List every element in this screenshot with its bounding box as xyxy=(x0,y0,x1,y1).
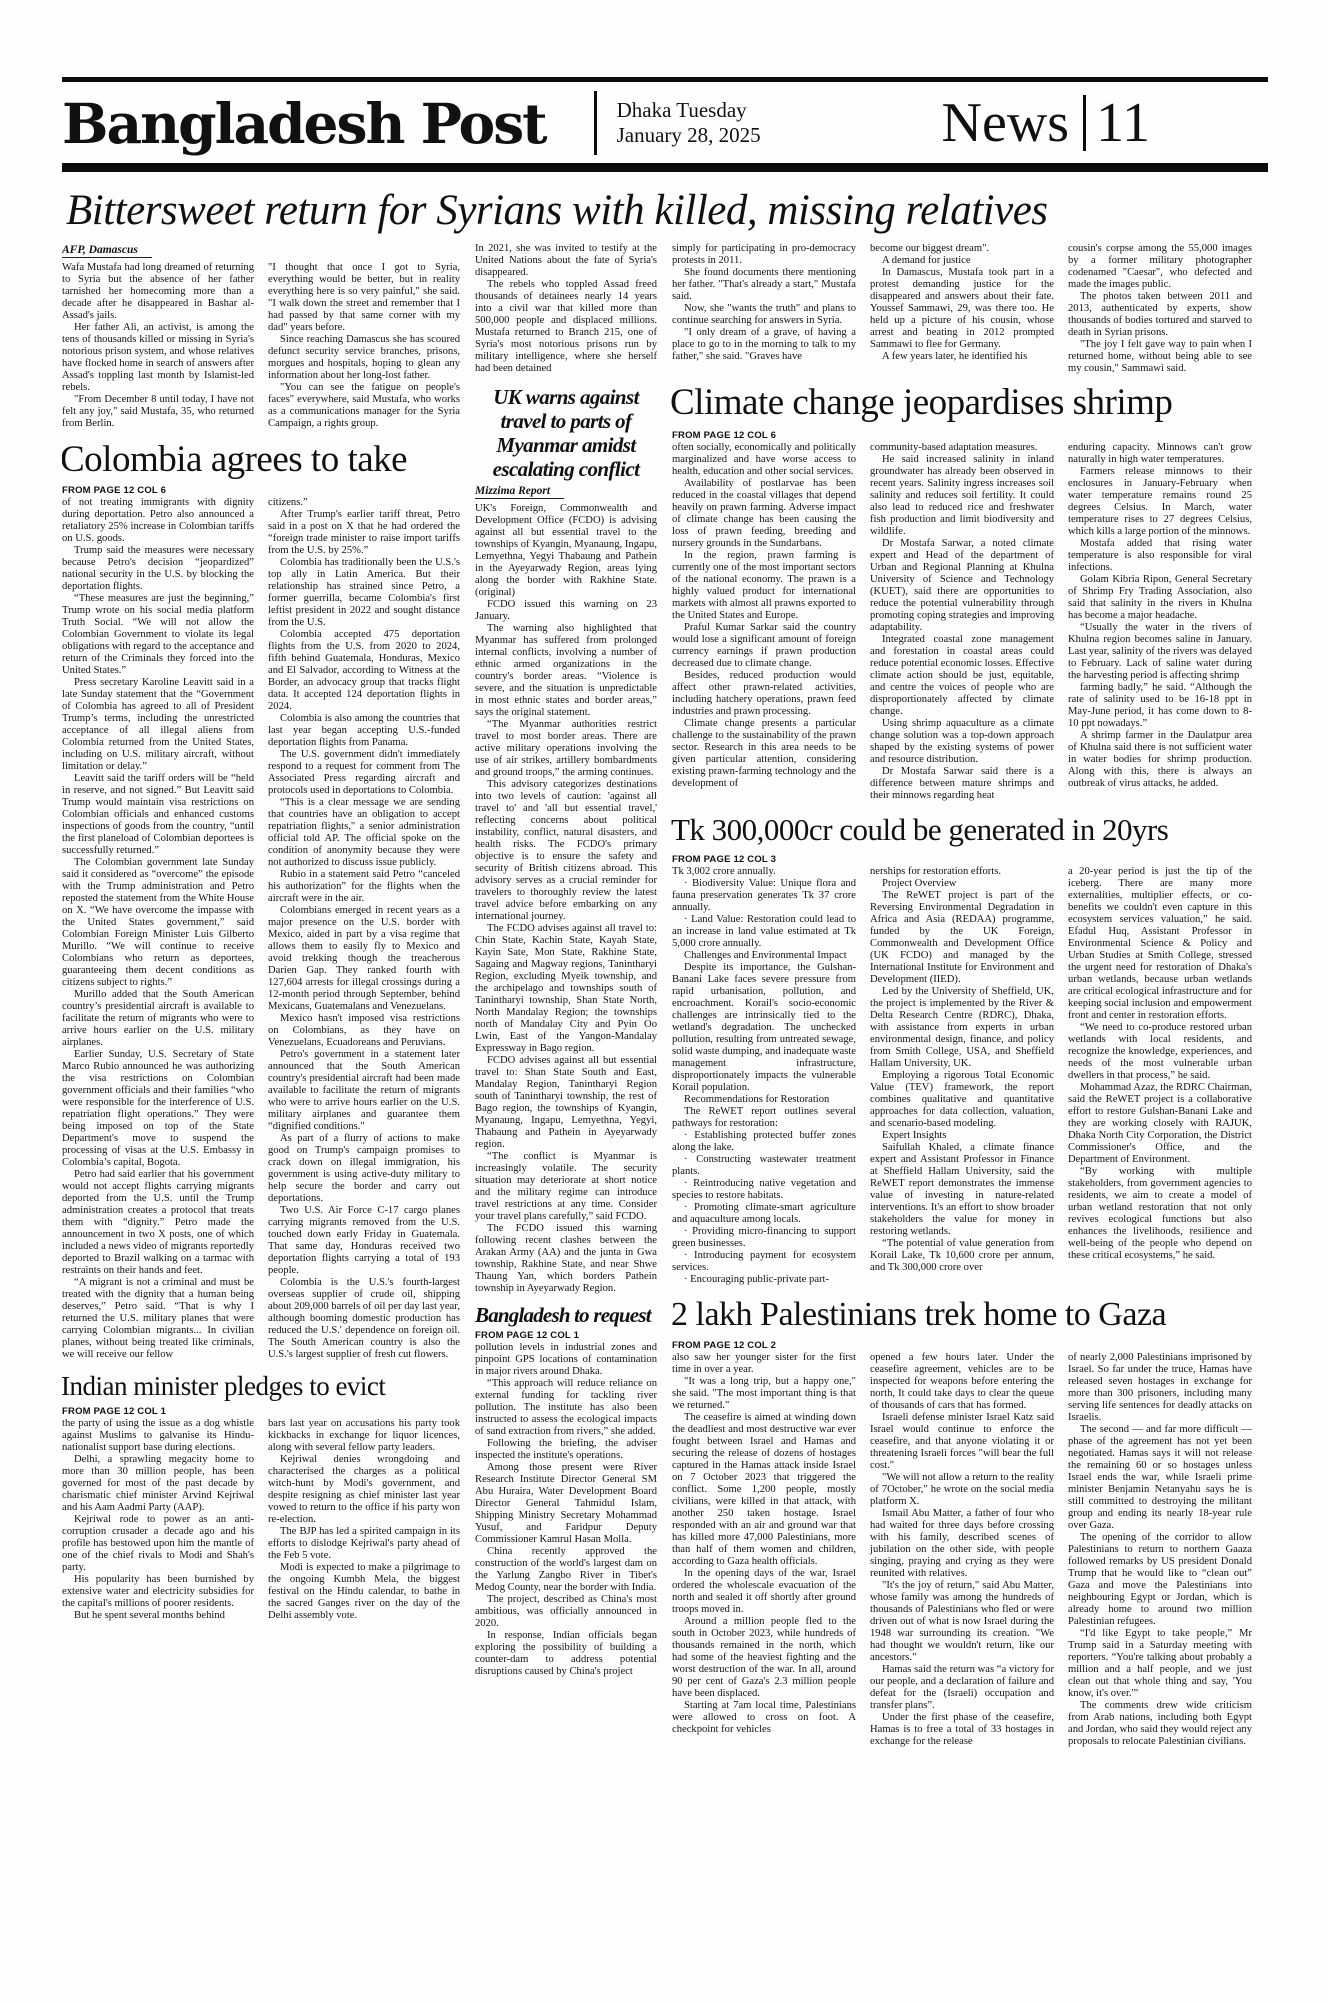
date-block: Dhaka Tuesday January 28, 2025 xyxy=(617,98,761,148)
date-line2: January 28, 2025 xyxy=(617,123,761,148)
paragraph: Colombia has traditionally been the U.S.… xyxy=(268,557,460,629)
article-column: pollution levels in industrial zones and… xyxy=(475,1342,657,1678)
paragraph: "From December 8 until today, I have not… xyxy=(62,394,254,430)
paragraph: also saw her younger sister for the firs… xyxy=(672,1352,856,1376)
colombia-jump-line: FROM PAGE 12 COL 6 xyxy=(62,485,460,496)
paragraph: "The joy I felt gave way to pain when I … xyxy=(1068,339,1252,375)
paragraph: In the opening days of the war, Israel o… xyxy=(672,1568,856,1616)
page-number: 11 xyxy=(1096,91,1150,155)
paragraph: In the region, prawn farming is currentl… xyxy=(672,550,856,622)
paragraph: pollution levels in industrial zones and… xyxy=(475,1342,657,1378)
article-column: of nearly 2,000 Palestinians imprisoned … xyxy=(1068,1352,1252,1748)
paragraph: His popularity has been burnished by ext… xyxy=(62,1574,254,1610)
syria-article-cols12: Wafa Mustafa had long dreamed of returni… xyxy=(62,262,460,430)
article-column: the party of using the issue as a dog wh… xyxy=(62,1418,254,1622)
newspaper-page: Bangladesh Post Dhaka Tuesday January 28… xyxy=(0,0,1328,2003)
paragraph: The opening of the corridor to allow Pal… xyxy=(1068,1532,1252,1628)
paragraph: The second — and far more difficult — ph… xyxy=(1068,1424,1252,1532)
paragraph: The ceasefire is aimed at winding down t… xyxy=(672,1412,856,1568)
article-column: also saw her younger sister for the firs… xyxy=(672,1352,856,1748)
paragraph: · Constructing wastewater treatment plan… xyxy=(672,1154,856,1178)
column-group-left: AFP, Damascus Wafa Mustafa had long drea… xyxy=(62,243,460,2003)
paragraph: Leavitt said the tariff orders will be “… xyxy=(62,773,254,857)
paragraph: Farmers release minnows to their enclosu… xyxy=(1068,466,1252,538)
paragraph: “We need to co-produce restored urban we… xyxy=(1068,1022,1252,1082)
article-column: "I thought that once I got to Syria, eve… xyxy=(268,262,460,430)
paragraph: the party of using the issue as a dog wh… xyxy=(62,1418,254,1454)
top-rule xyxy=(62,77,1268,82)
paragraph: Wafa Mustafa had long dreamed of returni… xyxy=(62,262,254,322)
paragraph: “The Myanmar authorities restrict travel… xyxy=(475,719,657,779)
paragraph: Press secretary Karoline Leavitt said in… xyxy=(62,677,254,773)
article-column: citizens.”After Trump's earlier tariff t… xyxy=(268,497,460,1361)
paragraph: Kejriwal denies wrongdoing and character… xyxy=(268,1454,460,1526)
paragraph: Mexico hasn't imposed visa restrictions … xyxy=(268,1013,460,1049)
paragraph: Around a million people fled to the sout… xyxy=(672,1616,856,1700)
paragraph: "We will not allow a return to the reali… xyxy=(870,1472,1054,1508)
paragraph: "It was a long trip, but a happy one," s… xyxy=(672,1376,856,1412)
bangladesh-article-col: pollution levels in industrial zones and… xyxy=(475,1342,657,1678)
paragraph: Project Overview xyxy=(870,878,1054,890)
paragraph: Dr Mostafa Sarwar, a noted climate exper… xyxy=(870,538,1054,634)
article-column: Wafa Mustafa had long dreamed of returni… xyxy=(62,262,254,430)
paragraph: The BJP has led a spirited campaign in i… xyxy=(268,1526,460,1562)
paragraph: Climate change presents a particular cha… xyxy=(672,718,856,790)
header-rule xyxy=(62,163,1268,172)
paragraph: The U.S. government didn't immediately r… xyxy=(268,749,460,797)
paragraph: "It's the joy of return," said Abu Matte… xyxy=(870,1580,1054,1664)
paragraph: "I only dream of a grave, of having a pl… xyxy=(672,327,856,363)
paragraph: Besides, reduced production would affect… xyxy=(672,670,856,718)
paragraph: Among those present were River Research … xyxy=(475,1462,657,1546)
section-page-block: News 11 xyxy=(942,91,1150,155)
paragraph: Integrated coastal zone management and f… xyxy=(870,634,1054,718)
article-column: bars last year on accusations his party … xyxy=(268,1418,460,1622)
column-group-right: simply for participating in pro-democrac… xyxy=(672,243,1252,2003)
paragraph: Since reaching Damascus she has scoured … xyxy=(268,334,460,382)
paragraph: Kejriwal rode to power as an anti-corrup… xyxy=(62,1514,254,1574)
paragraph: opened a few hours later. Under the ceas… xyxy=(870,1352,1054,1412)
article-column: UK's Foreign, Commonwealth and Developme… xyxy=(475,503,657,1295)
paragraph: FCDO issued this warning on 23 January. xyxy=(475,599,657,623)
paragraph: Dr Mostafa Sarwar said there is a differ… xyxy=(870,766,1054,802)
paragraph: Israeli defense minister Israel Katz sai… xyxy=(870,1412,1054,1472)
paragraph: Tk 3,002 crore annually. xyxy=(672,866,856,878)
paragraph: Saifullah Khaled, a climate finance expe… xyxy=(870,1142,1054,1238)
paragraph: enduring capacity. Minnows can't grow na… xyxy=(1068,442,1252,466)
paragraph: Following the briefing, the adviser insp… xyxy=(475,1438,657,1462)
colombia-article-cols: of not treating immigrants with dignity … xyxy=(62,497,460,1361)
main-headline: Bittersweet return for Syrians with kill… xyxy=(66,186,1266,235)
paragraph: Ismail Abu Matter, a father of four who … xyxy=(870,1508,1054,1580)
indian-article-cols: the party of using the issue as a dog wh… xyxy=(62,1418,460,1622)
paragraph: But he spent several months behind xyxy=(62,1610,254,1622)
date-line1: Dhaka Tuesday xyxy=(617,98,761,123)
paragraph: FCDO advises against all but essential t… xyxy=(475,1055,657,1151)
paragraph: · Promoting climate-smart agriculture an… xyxy=(672,1202,856,1226)
paragraph: Despite its importance, the Gulshan-Bana… xyxy=(672,962,856,1094)
tk-jump-line: FROM PAGE 12 COL 3 xyxy=(672,854,1252,865)
myanmar-byline: Mizzima Report xyxy=(475,485,657,499)
tk-article-cols: Tk 3,002 crore annually.· Biodiversity V… xyxy=(672,866,1252,1286)
paragraph: China recently approved the construction… xyxy=(475,1546,657,1594)
article-column: a 20-year period is just the tip of the … xyxy=(1068,866,1252,1286)
paragraph: “Usually the water in the rivers of Khul… xyxy=(1068,622,1252,682)
myanmar-article-col: UK's Foreign, Commonwealth and Developme… xyxy=(475,503,657,1295)
paragraph: Now, she "wants the truth" and plans to … xyxy=(672,303,856,327)
paragraph: · Reintroducing native vegetation and sp… xyxy=(672,1178,856,1202)
climate-article-cols: often socially, economically and politic… xyxy=(672,442,1252,802)
paragraph: Colombia accepted 475 deportation flight… xyxy=(268,629,460,713)
paragraph: "I thought that once I got to Syria, eve… xyxy=(268,262,460,334)
paragraph: · Establishing protected buffer zones al… xyxy=(672,1130,856,1154)
paragraph: The FCDO advises against all travel to: … xyxy=(475,923,657,1055)
paragraph: Expert Insights xyxy=(870,1130,1054,1142)
paragraph: “This approach will reduce reliance on e… xyxy=(475,1378,657,1438)
paragraph: In 2021, she was invited to testify at t… xyxy=(475,243,657,279)
paragraph: The rebels who toppled Assad freed thous… xyxy=(475,279,657,375)
paragraph: Delhi, a sprawling megacity home to more… xyxy=(62,1454,254,1514)
paragraph: He said increased salinity in inland gro… xyxy=(870,454,1054,538)
paragraph: often socially, economically and politic… xyxy=(672,442,856,478)
paragraph: Hamas said the return was “a victory for… xyxy=(870,1664,1054,1712)
paragraph: · Providing micro-financing to support g… xyxy=(672,1226,856,1250)
paragraph: Earlier Sunday, U.S. Secretary of State … xyxy=(62,1049,254,1169)
paragraph: “I'd like Egypt to take people,” Mr Trum… xyxy=(1068,1628,1252,1700)
paragraph: Mohammad Azaz, the RDRC Chairman, said t… xyxy=(1068,1082,1252,1166)
paragraph: Using shrimp aquaculture as a climate ch… xyxy=(870,718,1054,766)
myanmar-warning-box: UK warns against travel to parts of Myan… xyxy=(475,385,657,1295)
paragraph: Rubio in a statement said Petro “cancele… xyxy=(268,869,460,905)
paragraph: The Colombian government late Sunday sai… xyxy=(62,857,254,989)
paragraph: Her father Ali, an activist, is among th… xyxy=(62,322,254,394)
gaza-headline: 2 lakh Palestinians trek home to Gaza xyxy=(671,1296,1252,1334)
article-column: become our biggest dream".A demand for j… xyxy=(870,243,1054,375)
article-column: nerships for restoration efforts.Project… xyxy=(870,866,1054,1286)
paragraph: Recommendations for Restoration xyxy=(672,1094,856,1106)
masthead-row: Bangladesh Post Dhaka Tuesday January 28… xyxy=(62,84,1268,162)
paragraph: bars last year on accusations his party … xyxy=(268,1418,460,1454)
paragraph: of not treating immigrants with dignity … xyxy=(62,497,254,545)
article-column: of not treating immigrants with dignity … xyxy=(62,497,254,1361)
article-column: community-based adaptation measures.He s… xyxy=(870,442,1054,802)
paragraph: The FCDO issued this warning following r… xyxy=(475,1223,657,1295)
paragraph: Under the first phase of the ceasefire, … xyxy=(870,1712,1054,1748)
paragraph: Led by the University of Sheffield, UK, … xyxy=(870,986,1054,1070)
paragraph: The ReWET report outlines several pathwa… xyxy=(672,1106,856,1130)
paragraph: Colombians emerged in recent years as a … xyxy=(268,905,460,1013)
paragraph: “By working with multiple stakeholders, … xyxy=(1068,1166,1252,1262)
masthead-logo: Bangladesh Post xyxy=(62,91,546,156)
article-column: In 2021, she was invited to testify at t… xyxy=(475,243,657,375)
paragraph: Starting at 7am local time, Palestinians… xyxy=(672,1700,856,1736)
paragraph: Trump said the measures were necessary b… xyxy=(62,545,254,593)
paragraph: The project, described as China's most a… xyxy=(475,1594,657,1630)
syria-byline: AFP, Damascus xyxy=(62,244,460,258)
paragraph: “The potential of value generation from … xyxy=(870,1238,1054,1274)
paragraph: “This is a clear message we are sending … xyxy=(268,797,460,869)
paragraph: UK's Foreign, Commonwealth and Developme… xyxy=(475,503,657,599)
paragraph: farming badly,” he said. “Although the r… xyxy=(1068,682,1252,730)
climate-headline: Climate change jeopardises shrimp xyxy=(670,381,1252,424)
article-column: simply for participating in pro-democrac… xyxy=(672,243,856,375)
paragraph: "You can see the fatigue on people's fac… xyxy=(268,382,460,430)
paragraph: Praful Kumar Sarkar said the country wou… xyxy=(672,622,856,670)
paragraph: a 20-year period is just the tip of the … xyxy=(1068,866,1252,1022)
syria-article-col3: In 2021, she was invited to testify at t… xyxy=(475,243,657,375)
article-column: often socially, economically and politic… xyxy=(672,442,856,802)
gaza-article-cols: also saw her younger sister for the firs… xyxy=(672,1352,1252,1748)
paragraph: nerships for restoration efforts. xyxy=(870,866,1054,878)
tk-generation-headline: Tk 300,000cr could be generated in 20yrs xyxy=(671,812,1252,848)
paragraph: “The conflict is Myanmar is increasingly… xyxy=(475,1151,657,1223)
paragraph: community-based adaptation measures. xyxy=(870,442,1054,454)
paragraph: cousin's corpse among the 55,000 images … xyxy=(1068,243,1252,291)
paragraph: · Land Value: Restoration could lead to … xyxy=(672,914,856,950)
paragraph: A few years later, he identified his xyxy=(870,351,1054,363)
paragraph: Employing a rigorous Total Economic Valu… xyxy=(870,1070,1054,1130)
section-title: News xyxy=(942,91,1070,155)
paragraph: This advisory categorizes destinations i… xyxy=(475,779,657,923)
paragraph: Golam Kibria Ripon, General Secretary of… xyxy=(1068,574,1252,622)
paragraph: Petro had said earlier that his governme… xyxy=(62,1169,254,1277)
article-column: Tk 3,002 crore annually.· Biodiversity V… xyxy=(672,866,856,1286)
paragraph: The photos taken between 2011 and 2013, … xyxy=(1068,291,1252,339)
paragraph: citizens.” xyxy=(268,497,460,509)
paragraph: simply for participating in pro-democrac… xyxy=(672,243,856,267)
article-column: opened a few hours later. Under the ceas… xyxy=(870,1352,1054,1748)
syria-article-cols456: simply for participating in pro-democrac… xyxy=(672,243,1252,375)
article-column: cousin's corpse among the 55,000 images … xyxy=(1068,243,1252,375)
paragraph: Two U.S. Air Force C-17 cargo planes car… xyxy=(268,1205,460,1277)
paragraph: Mostafa added that rising water temperat… xyxy=(1068,538,1252,574)
paragraph: become our biggest dream". xyxy=(870,243,1054,255)
column-group-middle: In 2021, she was invited to testify at t… xyxy=(475,243,657,2003)
paragraph: A demand for justice xyxy=(870,255,1054,267)
paragraph: Availability of postlarvae has been redu… xyxy=(672,478,856,550)
gaza-jump-line: FROM PAGE 12 COL 2 xyxy=(672,1340,1252,1351)
paragraph: Modi is expected to make a pilgrimage to… xyxy=(268,1562,460,1622)
paragraph: Colombia is also among the countries tha… xyxy=(268,713,460,749)
paragraph: · Biodiversity Value: Unique flora and f… xyxy=(672,878,856,914)
indian-minister-headline: Indian minister pledges to evict xyxy=(62,1371,460,1402)
climate-jump-line: FROM PAGE 12 COL 6 xyxy=(672,430,1252,441)
bangladesh-request-headline: Bangladesh to request xyxy=(475,1303,657,1328)
section-page-divider xyxy=(1083,95,1086,151)
paragraph: “These measures are just the beginning,”… xyxy=(62,593,254,677)
paragraph: As part of a flurry of actions to make g… xyxy=(268,1133,460,1205)
paragraph: · Encouraging public-private part- xyxy=(672,1274,856,1286)
paragraph: “A migrant is not a criminal and must be… xyxy=(62,1277,254,1361)
paragraph: · Introducing payment for ecosystem serv… xyxy=(672,1250,856,1274)
article-column: enduring capacity. Minnows can't grow na… xyxy=(1068,442,1252,802)
page-content: AFP, Damascus Wafa Mustafa had long drea… xyxy=(62,243,1254,2003)
masthead-divider xyxy=(594,91,597,155)
paragraph: In Damascus, Mustafa took part in a prot… xyxy=(870,267,1054,351)
indian-jump-line: FROM PAGE 12 COL 1 xyxy=(62,1406,460,1417)
paragraph: The ReWET project is part of the Reversi… xyxy=(870,890,1054,986)
paragraph: After Trump's earlier tariff threat, Pet… xyxy=(268,509,460,557)
paragraph: A shrimp farmer in the Daulatpur area of… xyxy=(1068,730,1252,790)
paragraph: Murillo added that the South American co… xyxy=(62,989,254,1049)
paragraph: Colombia is the U.S.'s fourth-largest ov… xyxy=(268,1277,460,1361)
paragraph: of nearly 2,000 Palestinians imprisoned … xyxy=(1068,1352,1252,1424)
paragraph: The comments drew wide criticism from Ar… xyxy=(1068,1700,1252,1748)
paragraph: Challenges and Environmental Impact xyxy=(672,950,856,962)
paragraph: In response, Indian officials began expl… xyxy=(475,1630,657,1678)
colombia-headline: Colombia agrees to take xyxy=(62,438,460,481)
myanmar-headline: UK warns against travel to parts of Myan… xyxy=(475,385,657,481)
bangladesh-jump-line: FROM PAGE 12 COL 1 xyxy=(475,1330,657,1341)
paragraph: The warning also highlighted that Myanma… xyxy=(475,623,657,719)
paragraph: Petro's government in a statement later … xyxy=(268,1049,460,1133)
paragraph: She found documents there mentioning her… xyxy=(672,267,856,303)
